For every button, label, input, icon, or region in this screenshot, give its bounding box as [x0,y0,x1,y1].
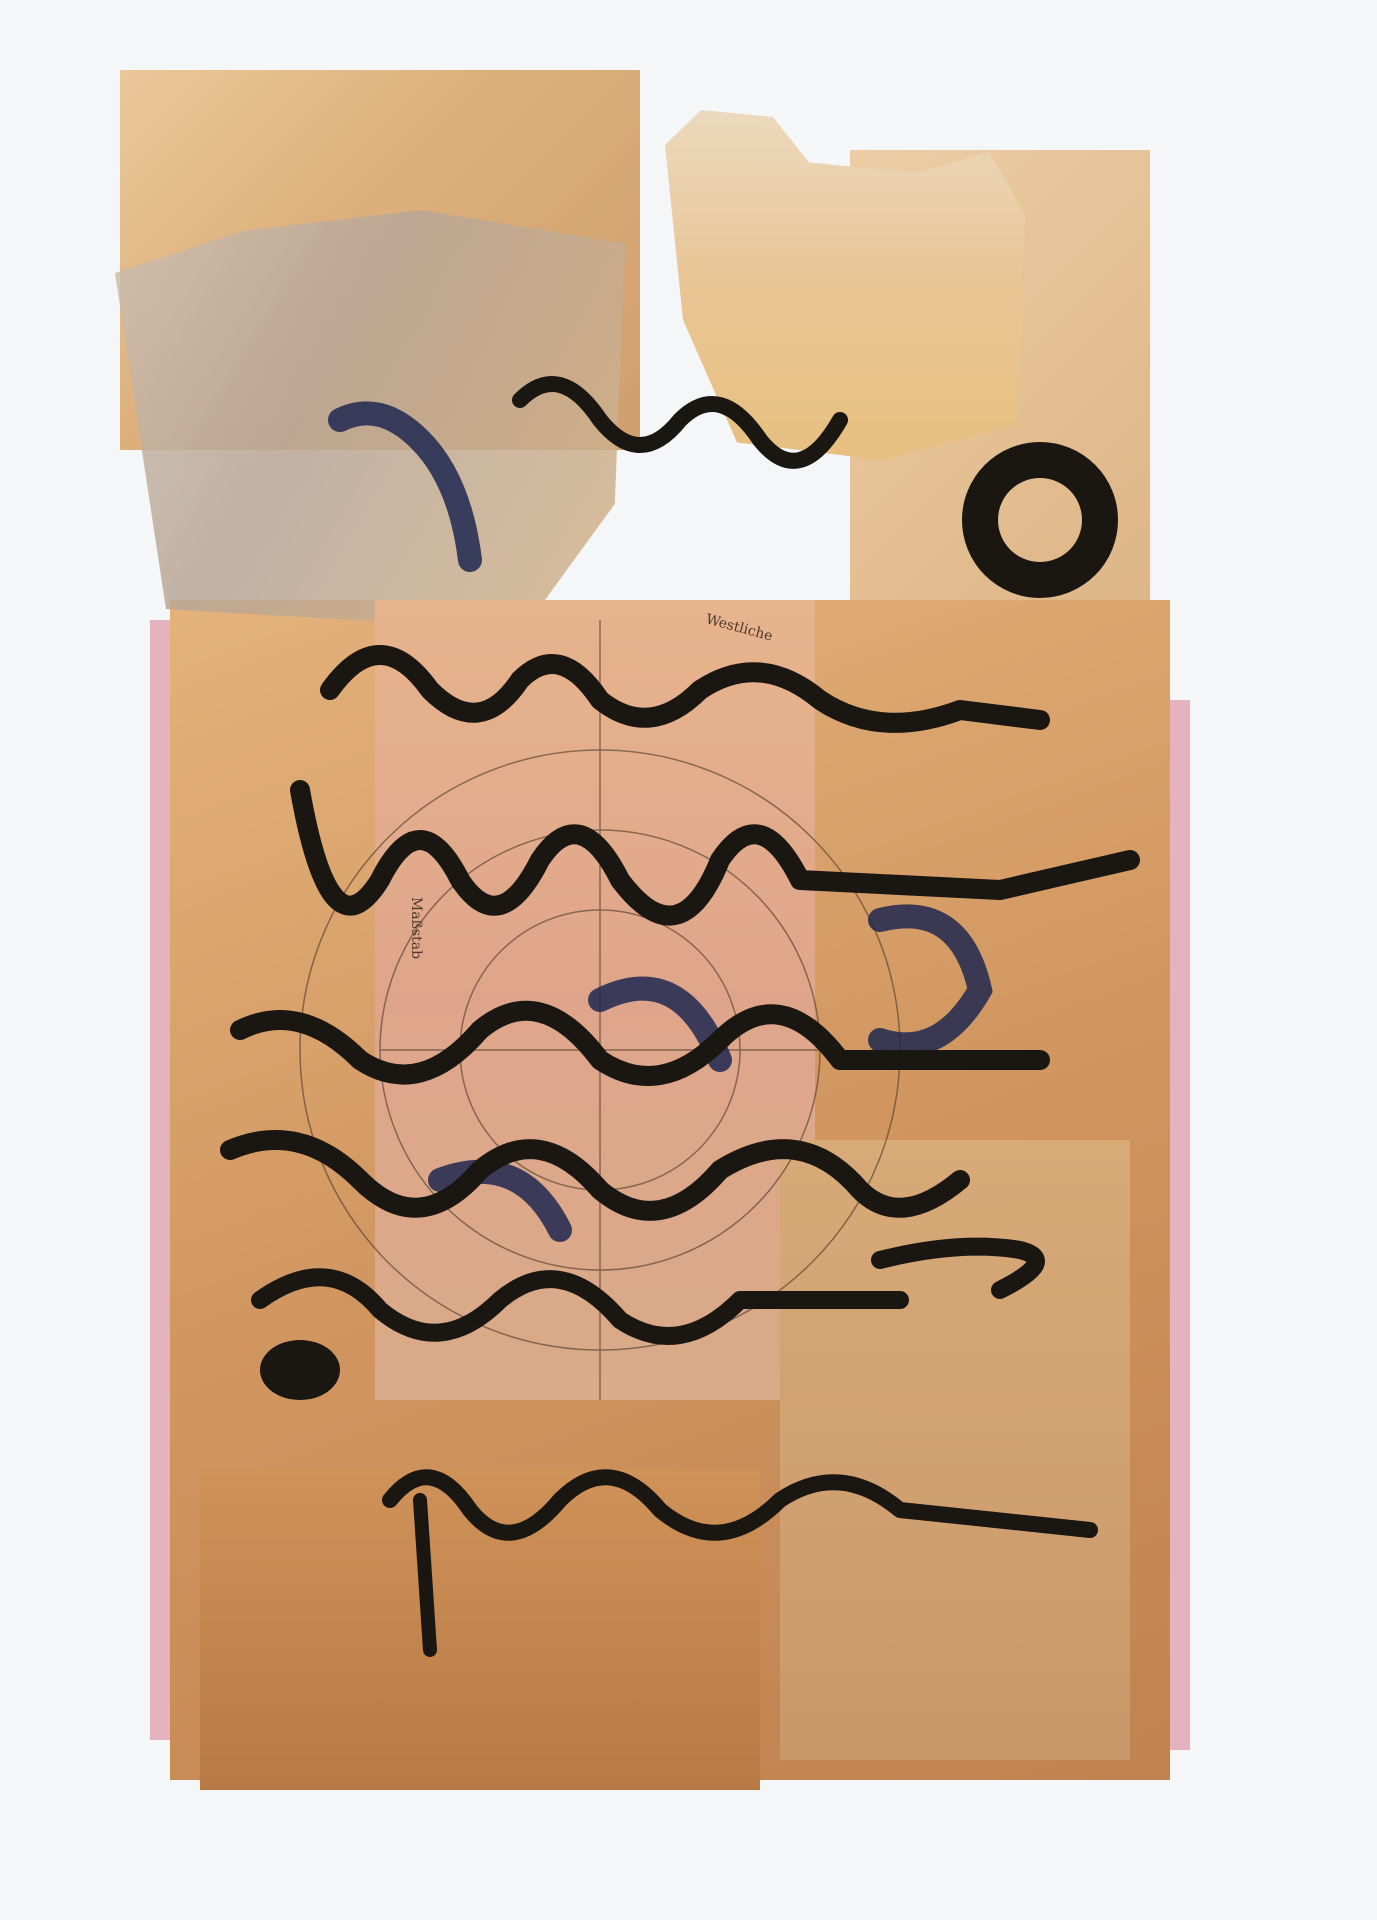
indigo-strokes [340,413,980,1230]
black-calligraphy [230,384,1130,1650]
calligraphy-ink-layer [0,0,1377,1920]
